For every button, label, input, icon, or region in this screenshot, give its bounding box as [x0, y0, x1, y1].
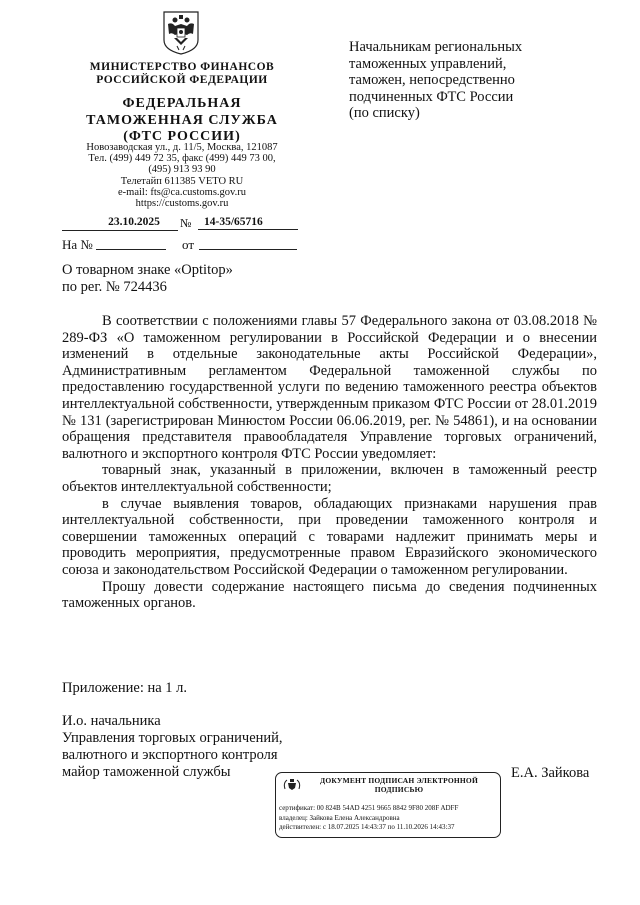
certificate-validity: действителен: с 18.07.2025 14:43:37 по 1…: [279, 823, 458, 833]
electronic-signature-stamp: ДОКУМЕНТ ПОДПИСАН ЭЛЕКТРОННОЙ ПОДПИСЬЮ с…: [275, 772, 501, 838]
reference-date-label: от: [182, 237, 194, 253]
stamp-title: ДОКУМЕНТ ПОДПИСАН ЭЛЕКТРОННОЙ ПОДПИСЬЮ: [304, 776, 494, 794]
addressee-line: таможенных управлений,: [349, 56, 569, 73]
signer-line: И.о. начальника: [62, 713, 283, 730]
reference-number-label: На №: [62, 237, 93, 253]
signer-name: Е.А. Зайкова: [511, 765, 589, 782]
teletype: Телетайп 611385 VETO RU: [62, 176, 302, 187]
service-line: ТАМОЖЕННАЯ СЛУЖБА: [62, 113, 302, 130]
service-name: ФЕДЕРАЛЬНАЯ ТАМОЖЕННАЯ СЛУЖБА (ФТС РОССИ…: [62, 96, 302, 146]
body-paragraph: В соответствии с положениями главы 57 Фе…: [62, 313, 597, 462]
attachment-note: Приложение: на 1 л.: [62, 680, 187, 697]
signer-line: Управления торговых ограничений,: [62, 730, 283, 747]
coat-of-arms-icon: [162, 10, 200, 56]
letter-subject: О товарном знаке «Optitop» по рег. № 724…: [62, 262, 233, 296]
ministry-line: МИНИСТЕРСТВО ФИНАНСОВ: [62, 61, 302, 74]
signer-line: валютного и экспортного контроля: [62, 747, 283, 764]
registration-number-label: №: [180, 214, 191, 232]
addressee-line: подчиненных ФТС России: [349, 89, 569, 106]
certificate-owner: владелец: Зайкова Елена Александровна: [279, 814, 458, 824]
address: Новозаводская ул., д. 11/5, Москва, 1210…: [62, 142, 302, 153]
subject-line: О товарном знаке «Optitop»: [62, 262, 233, 279]
stamp-emblem-icon: [282, 777, 302, 793]
addressee-line: таможен, непосредственно: [349, 72, 569, 89]
body-paragraph: в случае выявления товаров, обладающих п…: [62, 496, 597, 579]
phone-fax: Тел. (499) 449 72 35, факс (499) 449 73 …: [62, 153, 302, 164]
contact-info: Новозаводская ул., д. 11/5, Москва, 1210…: [62, 142, 302, 209]
letter-body: В соответствии с положениями главы 57 Фе…: [62, 313, 597, 612]
subject-line: по рег. № 724436: [62, 279, 233, 296]
signer-line: майор таможенной службы: [62, 764, 283, 781]
addressee-line: (по списку): [349, 105, 569, 122]
body-paragraph: товарный знак, указанный в приложении, в…: [62, 462, 597, 495]
body-paragraph: Прошу довести содержание настоящего пись…: [62, 579, 597, 612]
stamp-details: сертификат: 00 824B 54AD 4251 9665 8842 …: [279, 804, 458, 833]
addressee-line: Начальникам региональных: [349, 39, 569, 56]
service-line: ФЕДЕРАЛЬНАЯ: [62, 96, 302, 113]
reference-date-blank: [199, 248, 297, 250]
registration-number: 14-35/65716: [198, 214, 298, 230]
phone-extra: (495) 913 93 90: [62, 164, 302, 175]
registration-date: 23.10.2025: [62, 214, 178, 231]
certificate-id: сертификат: 00 824B 54AD 4251 9665 8842 …: [279, 804, 458, 814]
email: e-mail: fts@ca.customs.gov.ru: [62, 187, 302, 198]
ministry-name: МИНИСТЕРСТВО ФИНАНСОВ РОССИЙСКОЙ ФЕДЕРАЦ…: [62, 61, 302, 87]
signer-position: И.о. начальника Управления торговых огра…: [62, 713, 283, 781]
website: https://customs.gov.ru: [62, 198, 302, 209]
reference-number-blank: [96, 248, 166, 250]
ministry-line: РОССИЙСКОЙ ФЕДЕРАЦИИ: [62, 74, 302, 87]
addressee: Начальникам региональных таможенных упра…: [349, 39, 569, 122]
